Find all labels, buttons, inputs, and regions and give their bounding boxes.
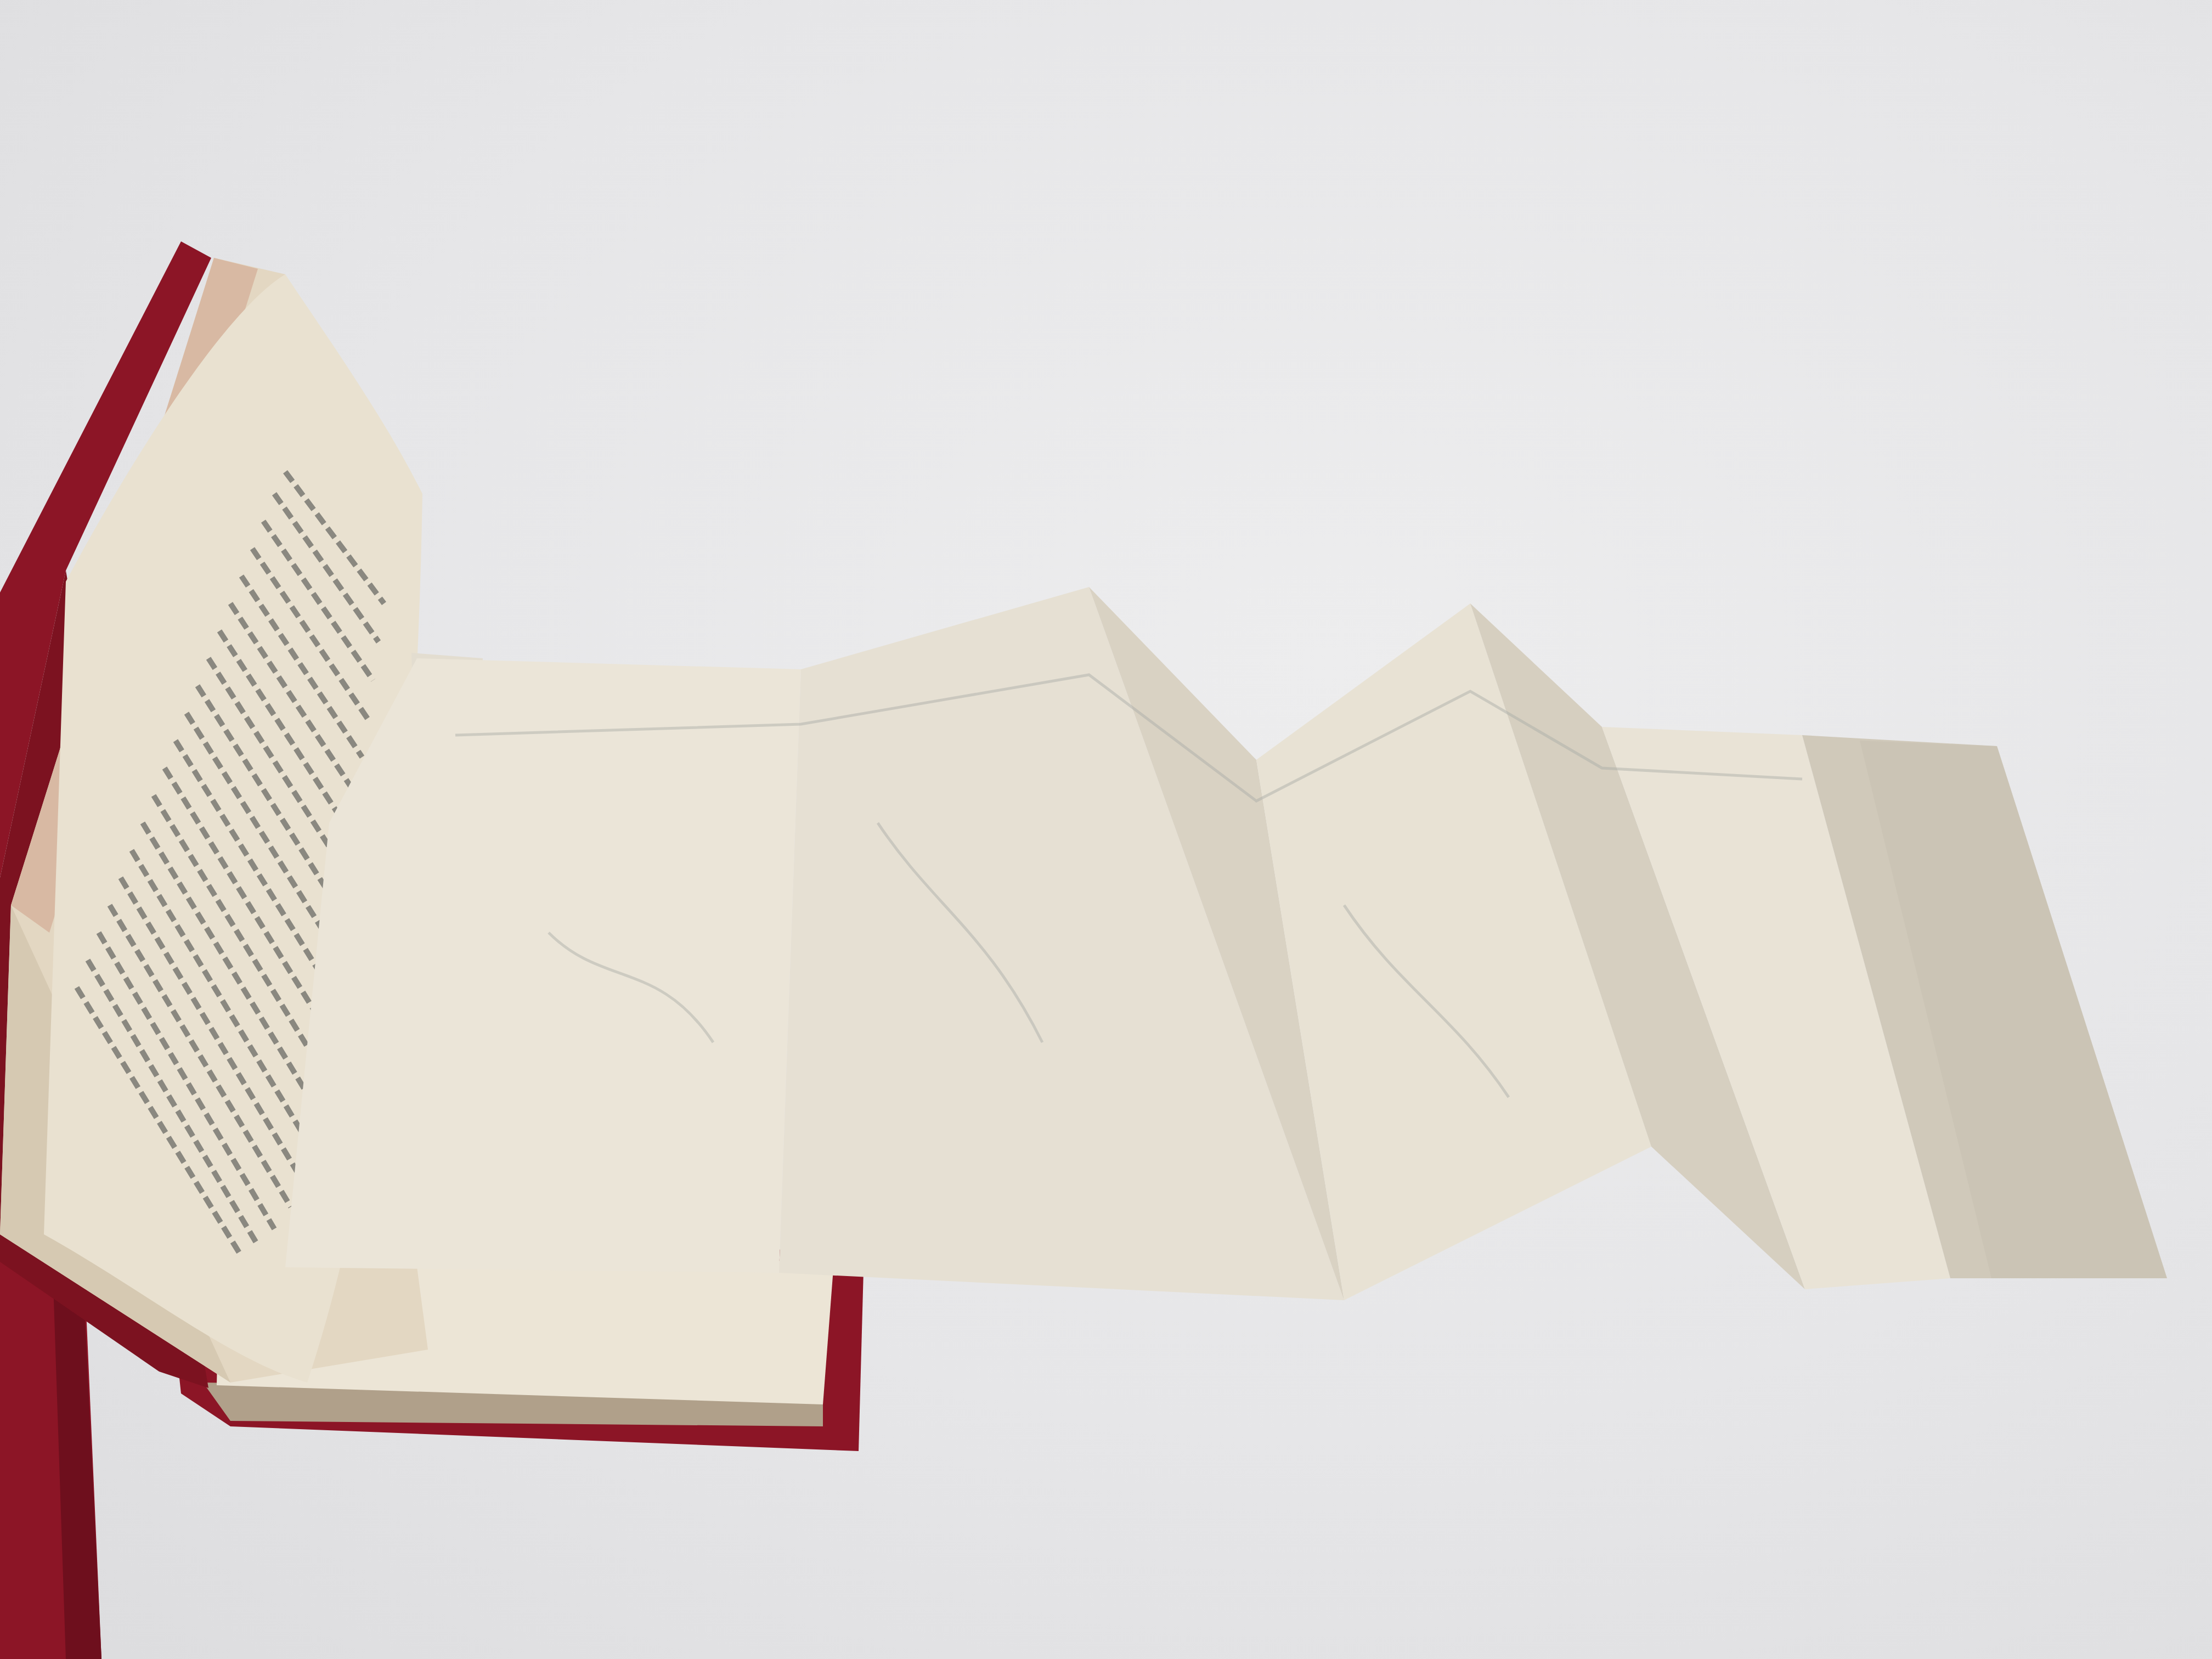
photo-scene [0, 0, 2212, 1659]
folded-map [285, 587, 2167, 1300]
illustration [0, 0, 2212, 1659]
